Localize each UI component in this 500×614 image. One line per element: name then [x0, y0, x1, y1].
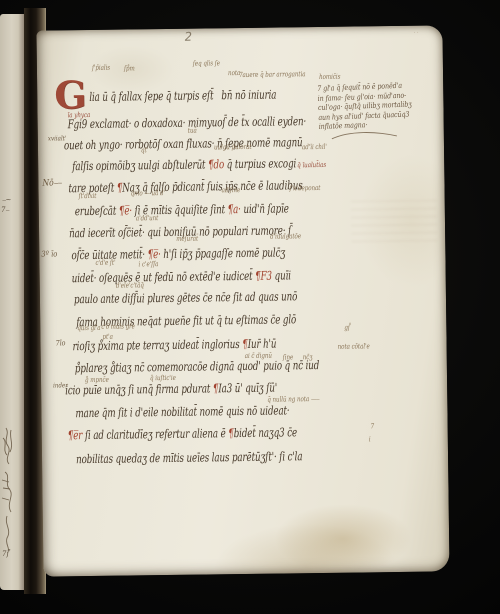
text-line: nobilitas quedaʒ de mītis ueīes laus par…: [76, 449, 302, 466]
gloss: 7: [371, 422, 375, 430]
margin-flourish: [330, 128, 400, 143]
text-segment: bn̄ nō iniuria: [213, 88, 276, 103]
text-line: ¶e̅r ſi ad claritudīeʒ refertur aliena ē…: [68, 425, 297, 442]
text-line: paulo ante diſſ̄ui plures gētes c̄e nc̄e…: [74, 289, 297, 306]
text-segment: ouet oh yngo· rorbotōſ oxan fluxas· n̄ ſ…: [64, 135, 303, 152]
text-segment: uid'n̄ ſapīe: [243, 201, 289, 216]
text-segment: uidet̄· oſequēs ē ut fedū nō extēd'e iud…: [72, 269, 256, 285]
gloss: c'ō'mūls gr̄e: [101, 322, 135, 330]
gloss: ſp̊m: [124, 64, 135, 72]
left-margin-notes: xviialt'Nō⎯⎯3º īo7īoinder: [36, 25, 442, 30]
rubric-mark: ¶do: [208, 157, 227, 171]
ink-showthrough: [351, 193, 438, 242]
illuminated-initial: G: [54, 76, 87, 114]
gloss: q̄ iuſtic'ie: [150, 374, 176, 382]
text-line: erubeſcāt ¶e̅· ſi ē mītis q̄quiſite ſint…: [75, 201, 289, 218]
gloss: ſeq qlis ſe: [193, 59, 220, 67]
rubric-mark: ¶e̅r: [68, 428, 85, 442]
gloss: c'd'e ſt': [95, 259, 115, 267]
gloss: d'ele'c'tāq̄: [116, 281, 144, 289]
text-segment: falſis opimōibʒ uulgi abſtulerūt: [72, 157, 208, 173]
gloss: gſ̄: [344, 324, 350, 332]
gloss: q̄ nullū ng nota ⎯⎯⎯: [267, 395, 319, 405]
text-line: mane q̄m ſit i d'eile nobilitat̄ nomē qu…: [75, 403, 289, 420]
left-margin-note: xviialt': [48, 134, 67, 142]
left-margin-note: 7īo: [55, 338, 65, 347]
gloss: qt': [141, 146, 148, 154]
facing-page-mark: 7⎯: [1, 206, 9, 215]
gloss: q̄mo — uā d': [131, 189, 166, 197]
text-segment: Iur̄ h'ū: [248, 337, 277, 351]
gloss: q̄ īualut̄ias: [297, 161, 326, 169]
gloss: · ·: [413, 29, 418, 37]
page-number: 2: [184, 30, 193, 44]
rubric-mark: ¶F3: [255, 269, 275, 283]
gloss: d'iuulgatōe: [270, 232, 301, 240]
gloss: nota cōtal'e: [338, 342, 370, 350]
gloss: ſ'n'deponat: [289, 184, 320, 192]
gloss: ſt'dixit: [79, 192, 97, 200]
text-segment: lia ū q̄ fallax ſepe q̄ turpis eſt̄: [89, 88, 213, 104]
text-line: uidet̄· oſequēs ē ut fedū nō extēd'e iud…: [72, 268, 291, 285]
right-margin-note: 7 gl'a q̄ ſequit̄ nō ē ponēd'ain fama· ſ…: [317, 80, 412, 131]
gloss: ai c̄ dignū: [245, 352, 272, 360]
text-segment: q̄ turpius excogi: [227, 156, 297, 171]
gloss: tuā: [188, 127, 197, 135]
gloss: uulgū p̄uiorat: [214, 143, 252, 151]
gloss: i: [369, 435, 371, 443]
interlinear-glosses: ſ'p̄ialisſp̊mſeq qlis ſenota7auere q̄ ba…: [36, 25, 442, 30]
text-line: ouet oh yngo· rorbotōſ oxan fluxas· n̄ ſ…: [64, 135, 303, 152]
gloss: ad'ſine: [221, 186, 240, 194]
gloss: q̄uis gl'a: [77, 324, 100, 332]
marginalia-sketch: [0, 424, 22, 552]
gloss: homic̄is: [319, 73, 340, 81]
gloss: ſ'p̄ialis: [92, 64, 110, 72]
text-segment: paulo ante diſſ̄ui plures gētes c̄e nc̄e…: [74, 289, 297, 306]
gloss: mēſurat̄: [176, 235, 198, 243]
left-margin-note: inder: [53, 381, 68, 389]
text-lines: lia ū q̄ fallax ſepe q̄ turpis eſt̄ bn̄ …: [36, 25, 442, 30]
rubric-mark: ¶e̅·: [147, 247, 163, 261]
gloss: a'dd'unt: [136, 214, 159, 222]
text-segment: erubeſcāt: [75, 204, 119, 219]
text-line: lia ū q̄ fallax ſepe q̄ turpis eſt̄ bn̄ …: [89, 88, 276, 104]
manuscript-page: 2 G lia ū q̄ fallax ſepe q̄ turpis eſt̄ …: [36, 25, 449, 576]
gloss: i c'e'ſſa: [138, 260, 158, 268]
text-segment: Ia3 ū' quīʒ ſū': [218, 381, 277, 396]
facing-page-mark: ⎯~: [2, 196, 11, 205]
gloss: g̊ mpnc̄e: [85, 376, 109, 384]
gloss: nc̄ʒ: [303, 353, 313, 361]
text-line: tare poteſt ¶Naʒ q̄ falſo p̄dicant̄ ſuis…: [68, 178, 302, 195]
gloss: ſine: [283, 353, 294, 361]
text-segment: ſi ad claritudīeʒ refertur aliena ē: [85, 426, 229, 442]
gloss: pt'a: [102, 333, 113, 341]
left-margin-note: 3º īo: [41, 249, 57, 258]
rubric-mark: ¶e̅·: [119, 203, 135, 217]
text-segment: h'ſi ip̄ʒ p̄pagaſſe nomē pulc̄ʒ: [163, 245, 285, 261]
text-segment: bidet̄ naʒq3 c̄e: [234, 425, 298, 440]
text-segment: mane q̄m ſit i d'eile nobilitat̄ nomē qu…: [75, 403, 289, 420]
manuscript-photo: ⎯~7⎯7ſ̄ 2 G lia ū q̄ fallax ſepe q̄ turp…: [0, 0, 500, 614]
rubric-mark: ¶a·: [228, 202, 244, 216]
text-segment: nobilitas quedaʒ de mītis ueīes laus par…: [76, 449, 302, 466]
gloss: 7auere q̄ bar arrogantia: [239, 70, 306, 79]
left-margin-note: Nō⎯⎯: [42, 178, 61, 188]
facing-page-mark: 7ſ̄: [2, 550, 9, 558]
text-line: falſis opimōibʒ uulgi abſtulerūt ¶do q̄ …: [72, 156, 296, 173]
gloss: īa yhyca: [68, 111, 91, 119]
gloss: ad'īi chil': [302, 143, 327, 151]
text-segment: quīi: [274, 268, 290, 282]
text-segment: rioſiʒ p̊xima pte terraʒ uideat̄ inglori…: [72, 337, 242, 353]
